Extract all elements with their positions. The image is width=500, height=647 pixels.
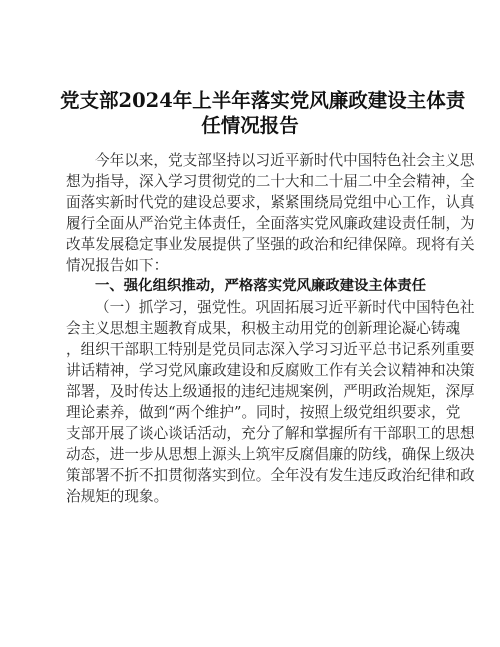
subsection-paragraph-line: 策部署不折不扣贯彻落实到位。全年没有发生违反政治纪律和政: [66, 465, 436, 486]
intro-paragraph-line: 履行全面从严治党主体责任，全面落实党风廉政建设责任制，为: [66, 213, 436, 234]
subsection-paragraph-line: ，组织干部职工特别是党员同志深入学习习近平总书记系列重要: [66, 339, 436, 360]
intro-paragraph-line: 改革发展稳定事业发展提供了坚强的政治和纪律保障。现将有关: [66, 234, 436, 255]
intro-paragraph-line: 想为指导，深入学习贯彻党的二十大和二十届二中全会精神，全: [66, 171, 436, 192]
intro-paragraph-line: 今年以来，党支部坚持以习近平新时代中国特色社会主义思: [66, 150, 436, 171]
title-line: 任情况报告: [60, 113, 440, 138]
intro-paragraph-line: 面落实新时代党的建设总要求，紧紧围绕局党组中心工作，认真: [66, 192, 436, 213]
subsection-paragraph-line: 理论素养，做到“两个维护”。同时，按照上级党组织要求，党: [66, 402, 436, 423]
subsection-paragraph-line: 支部开展了谈心谈话活动，充分了解和掌握所有干部职工的思想: [66, 423, 436, 444]
document-page: 党支部2024年上半年落实党风廉政建设主体责 任情况报告 今年以来，党支部坚持以…: [0, 0, 500, 647]
subsection-paragraph-line: （一）抓学习，强党性。巩固拓展习近平新时代中国特色社: [66, 297, 436, 318]
intro-paragraph-line: 情况报告如下：: [66, 255, 436, 276]
subsection-paragraph-line: 讲话精神，学习党风廉政建设和反腐败工作有关会议精神和决策: [66, 360, 436, 381]
subsection-paragraph-line: 部署，及时传达上级通报的违纪违规案例，严明政治规矩，深厚: [66, 381, 436, 402]
subsection-paragraph-line: 动态，进一步从思想上源头上筑牢反腐倡廉的防线，确保上级决: [66, 444, 436, 465]
subsection-paragraph-line: 治规矩的现象。: [66, 486, 436, 507]
document-body: 今年以来，党支部坚持以习近平新时代中国特色社会主义思 想为指导，深入学习贯彻党的…: [66, 150, 436, 507]
document-title: 党支部2024年上半年落实党风廉政建设主体责 任情况报告: [60, 88, 440, 138]
subsection-paragraph-line: 会主义思想主题教育成果，积极主动用党的创新理论凝心铸魂: [66, 318, 436, 339]
title-line: 党支部2024年上半年落实党风廉政建设主体责: [60, 88, 440, 113]
section-heading: 一、强化组织推动，严格落实党风廉政建设主体责任: [66, 276, 436, 297]
